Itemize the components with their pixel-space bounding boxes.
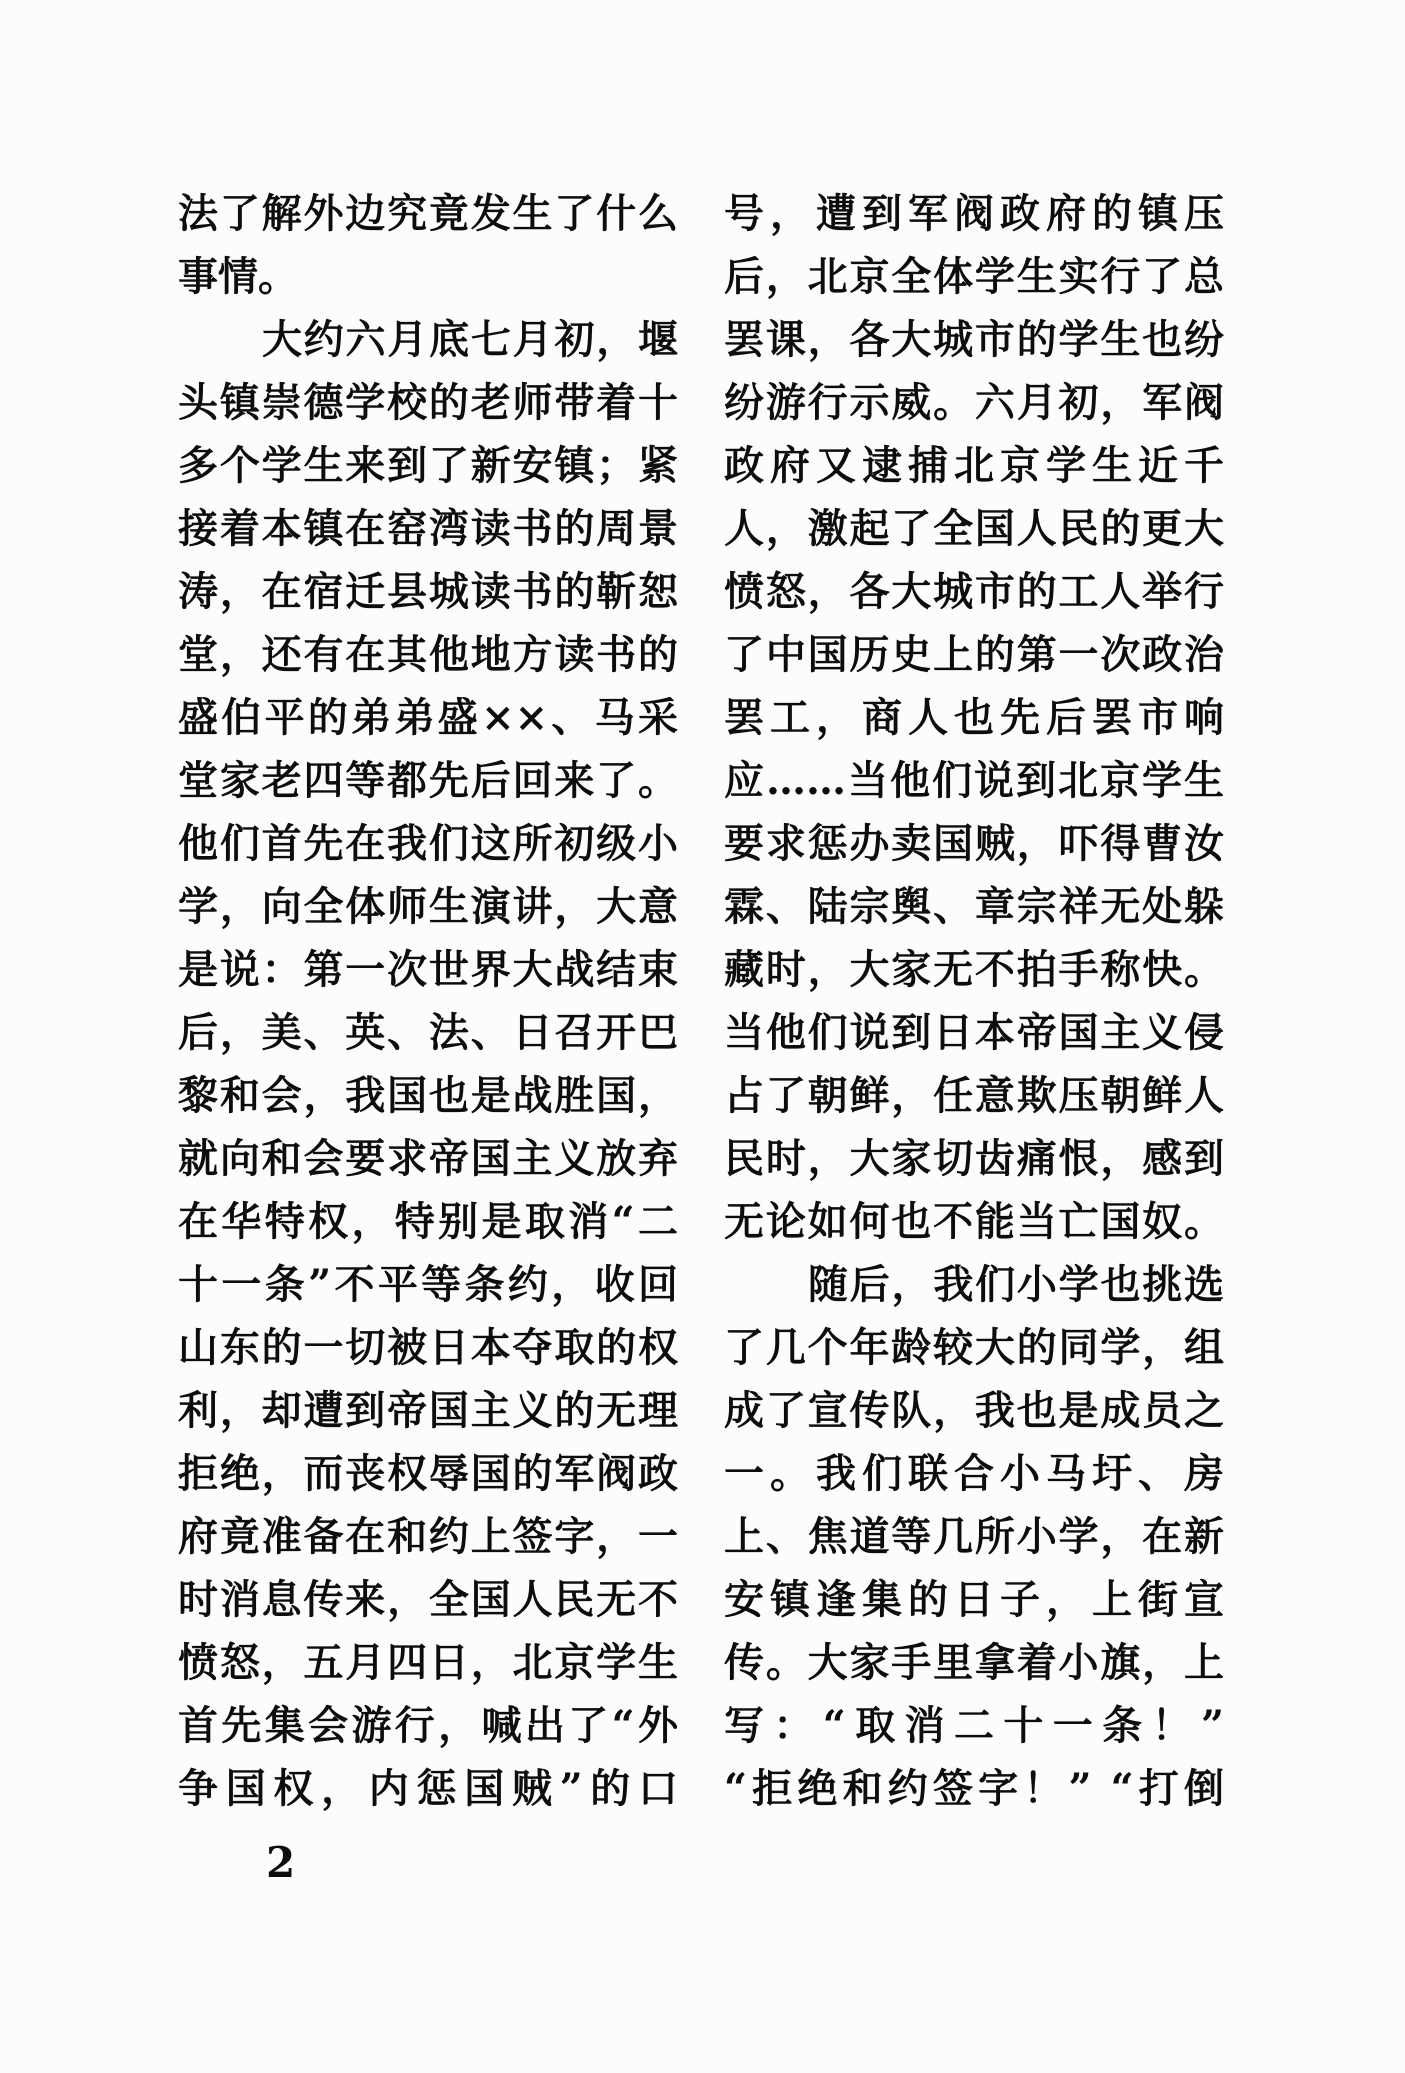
text-line: 堂，还有在其他地方读书的: [178, 623, 678, 686]
text-line: 是说：第一次世界大战结束: [178, 938, 678, 1001]
text-line: 山东的一切被日本夺取的权: [178, 1316, 678, 1379]
text-line: 当他们说到日本帝国主义侵: [724, 1001, 1224, 1064]
text-line: 藏时，大家无不拍手称快。: [724, 938, 1224, 1001]
text-line: 罢工，商人也先后罢市响: [724, 686, 1224, 749]
page-number: 2: [266, 1838, 295, 1888]
text-line: 头镇崇德学校的老师带着十: [178, 371, 678, 434]
text-line: 随后，我们小学也挑选: [724, 1253, 1224, 1316]
text-line: 法了解外边究竟发生了什么: [178, 182, 678, 245]
text-line: 愤怒，五月四日，北京学生: [178, 1631, 678, 1694]
text-line: 上、焦道等几所小学，在新: [724, 1505, 1224, 1568]
text-line: 首先集会游行，喊出了“外: [178, 1694, 678, 1757]
text-line: 事情。: [178, 245, 678, 308]
text-line: 无论如何也不能当亡国奴。: [724, 1190, 1224, 1253]
text-line: 了中国历史上的第一次政治: [724, 623, 1224, 686]
text-line: 传。大家手里拿着小旗，上: [724, 1631, 1224, 1694]
text-line: 应……当他们说到北京学生: [724, 749, 1224, 812]
text-line: 要求惩办卖国贼，吓得曹汝: [724, 812, 1224, 875]
text-line: 政府又逮捕北京学生近千: [724, 434, 1224, 497]
text-line: 大约六月底七月初，堰: [178, 308, 678, 371]
text-line: 霖、陆宗舆、章宗祥无处躲: [724, 875, 1224, 938]
text-line: 占了朝鲜，任意欺压朝鲜人: [724, 1064, 1224, 1127]
text-column-right: 号，遭到军阀政府的镇压后，北京全体学生实行了总罢课，各大城市的学生也纷纷游行示威…: [724, 182, 1224, 1820]
scanned-page: 法了解外边究竟发生了什么事情。大约六月底七月初，堰头镇崇德学校的老师带着十多个学…: [0, 0, 1405, 2073]
text-line: 争国权，内惩国贼”的口: [178, 1757, 678, 1820]
text-line: 纷游行示威。六月初，军阀: [724, 371, 1224, 434]
text-line: 学，向全体师生演讲，大意: [178, 875, 678, 938]
text-line: 黎和会，我国也是战胜国，: [178, 1064, 678, 1127]
text-line: 号，遭到军阀政府的镇压: [724, 182, 1224, 245]
text-line: 拒绝，而丧权辱国的军阀政: [178, 1442, 678, 1505]
text-line: 时消息传来，全国人民无不: [178, 1568, 678, 1631]
text-line: 多个学生来到了新安镇；紧: [178, 434, 678, 497]
text-line: 接着本镇在窑湾读书的周景: [178, 497, 678, 560]
text-line: 人，激起了全国人民的更大: [724, 497, 1224, 560]
text-line: 利，却遭到帝国主义的无理: [178, 1379, 678, 1442]
text-line: 民时，大家切齿痛恨，感到: [724, 1127, 1224, 1190]
text-line: “拒绝和约签字！” “打倒: [724, 1757, 1224, 1820]
text-column-left: 法了解外边究竟发生了什么事情。大约六月底七月初，堰头镇崇德学校的老师带着十多个学…: [178, 182, 678, 1820]
text-line: 安镇逢集的日子，上街宣: [724, 1568, 1224, 1631]
text-line: 一。我们联合小马圩、房: [724, 1442, 1224, 1505]
text-line: 写：“取消二十一条！”: [724, 1694, 1224, 1757]
text-line: 罢课，各大城市的学生也纷: [724, 308, 1224, 371]
text-line: 十一条”不平等条约，收回: [178, 1253, 678, 1316]
text-line: 府竟准备在和约上签字，一: [178, 1505, 678, 1568]
text-line: 成了宣传队，我也是成员之: [724, 1379, 1224, 1442]
text-line: 堂家老四等都先后回来了。: [178, 749, 678, 812]
text-line: 在华特权，特别是取消“二: [178, 1190, 678, 1253]
text-line: 了几个年龄较大的同学，组: [724, 1316, 1224, 1379]
text-line: 涛，在宿迁县城读书的靳恕: [178, 560, 678, 623]
text-line: 愤怒，各大城市的工人举行: [724, 560, 1224, 623]
text-line: 他们首先在我们这所初级小: [178, 812, 678, 875]
text-line: 盛伯平的弟弟盛××、马采: [178, 686, 678, 749]
text-line: 就向和会要求帝国主义放弃: [178, 1127, 678, 1190]
text-line: 后，北京全体学生实行了总: [724, 245, 1224, 308]
text-line: 后，美、英、法、日召开巴: [178, 1001, 678, 1064]
